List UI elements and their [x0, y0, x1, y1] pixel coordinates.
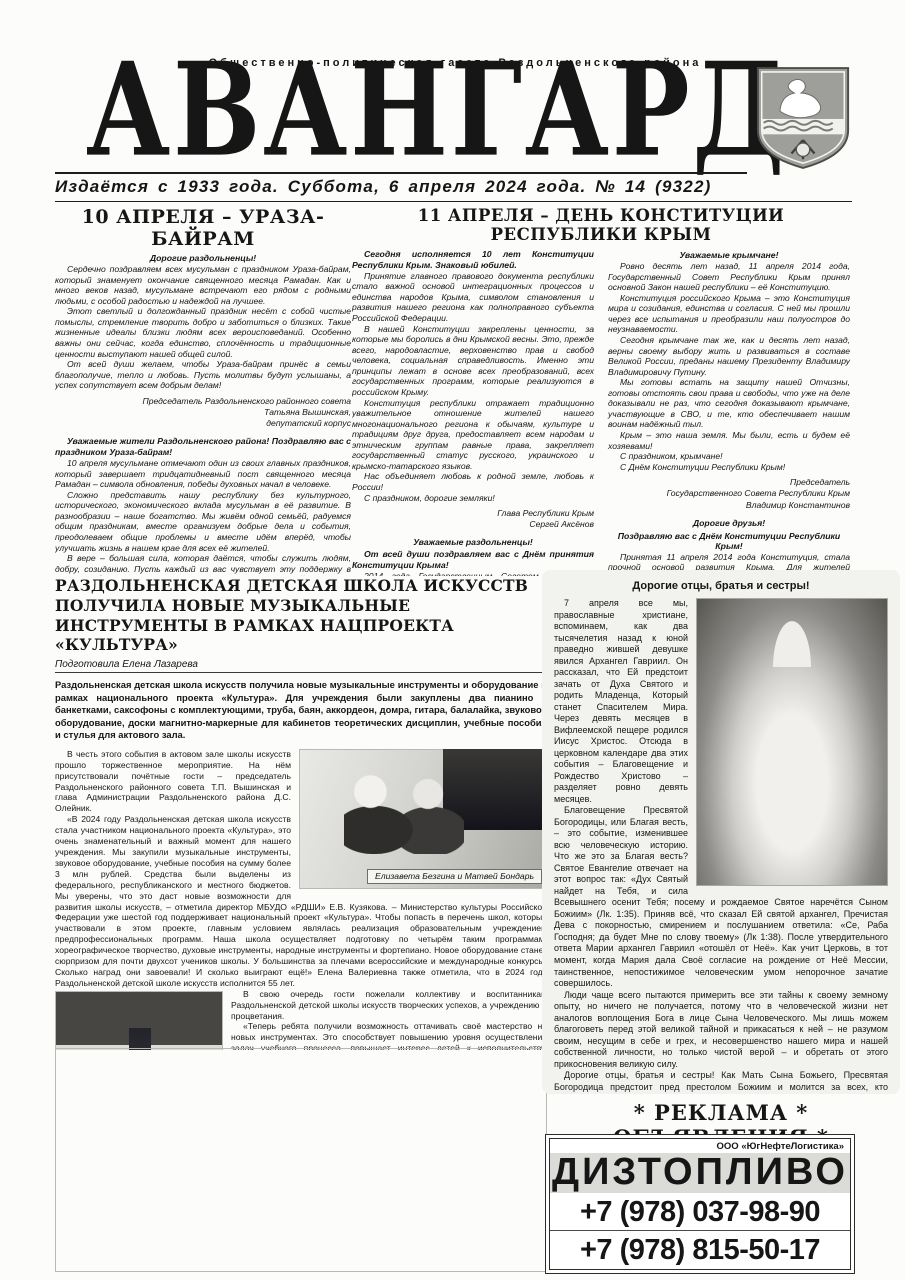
paragraph: Государственного Совета Республики Крым	[608, 488, 850, 499]
newspaper-page: Общественно-политическая газета Раздольн…	[0, 0, 905, 1280]
paragraph: Дорогие раздольненцы!	[55, 253, 351, 263]
paragraph: От всей души желаем, чтобы Ураза-байрам …	[55, 359, 351, 391]
paragraph: Этот светлый и долгожданный праздник нес…	[55, 306, 351, 359]
paragraph: С Днём Конституции Республики Крым!	[608, 462, 850, 473]
art-school-article: РАЗДОЛЬНЕНСКАЯ ДЕТСКАЯ ШКОЛА ИСКУССТВ ПО…	[55, 576, 547, 1050]
body-block: Ровно десять лет назад, 11 апреля 2014 г…	[608, 261, 850, 472]
signature-block: ПредседательГосударственного Совета Респ…	[608, 477, 850, 511]
paragraph: С праздником, крымчане!	[608, 451, 850, 462]
paragraph: Уважаемые раздольненцы!	[352, 537, 594, 547]
paragraph: Сердечно поздравляем всех мусульман с пр…	[55, 264, 351, 306]
paragraph: 10 апреля мусульмане отмечают один из св…	[55, 458, 351, 490]
paragraph: Люди чаще всего пытаются примерить все э…	[554, 990, 888, 1071]
article-headline: РАЗДОЛЬНЕНСКАЯ ДЕТСКАЯ ШКОЛА ИСКУССТВ ПО…	[55, 576, 547, 655]
paragraph: Сложно представить нашу республику без к…	[55, 490, 351, 553]
diesel-ad-inner: ООО «ЮгНефтеЛогистика» ДИЗТОПЛИВО +7 (97…	[549, 1138, 851, 1270]
message-lead: От всей души поздравляем вас с Днём прин…	[352, 549, 594, 571]
message-lead: Сегодня исполняется 10 лет Конституции Р…	[352, 249, 594, 271]
photo-guitar-duo: Елизавета Безгина и Матвей Бондарь	[299, 749, 547, 889]
paragraph: Председатель	[608, 477, 850, 488]
greeting-block: Уважаемые раздольненцы!	[352, 537, 594, 547]
church-message-box: Дорогие отцы, братья и сестры! 7 апреля …	[542, 570, 900, 1094]
paragraph: Дорогие друзья!	[608, 518, 850, 528]
article-lead: Раздольненская детская школа искусств по…	[55, 679, 547, 742]
constitution-day-article: 11 АПРЕЛЯ – ДЕНЬ КОНСТИТУЦИИ РЕСПУБЛИКИ …	[352, 206, 850, 576]
constitution-article-title: 11 АПРЕЛЯ – ДЕНЬ КОНСТИТУЦИИ РЕСПУБЛИКИ …	[352, 206, 850, 244]
uraza-message-council: Дорогие раздольненцы! Сердечно поздравля…	[55, 253, 351, 429]
message-district-administration: Дорогие друзья!Поздравляю вас с Днём Кон…	[608, 518, 850, 576]
paragraph: Принятие главного правового документа ре…	[352, 271, 594, 324]
photo-bishop	[696, 598, 888, 886]
paragraph: Татьяна Вышинская,	[55, 407, 351, 418]
photo-trumpet-boy: Артём Мисняев	[55, 991, 223, 1050]
message-lead: Уважаемые жители Раздольненского района!…	[55, 436, 351, 458]
paragraph: Ровно десять лет назад, 11 апреля 2014 г…	[608, 261, 850, 293]
greeting-block: Дорогие друзья!Поздравляю вас с Днём Кон…	[608, 518, 850, 551]
constitution-column-left: Сегодня исполняется 10 лет Конституции Р…	[352, 247, 594, 576]
paragraph: С праздником, дорогие земляки!	[352, 493, 594, 504]
paragraph: Конституция республики отражает традицио…	[352, 398, 594, 472]
paragraph: В нашей Конституции закреплены ценности,…	[352, 324, 594, 398]
message-state-council: Уважаемые крымчане! Ровно десять лет наз…	[608, 250, 850, 511]
paragraph: В вере – большая сила, которая даётся, ч…	[55, 553, 351, 576]
paragraph: Сегодня крымчане так же, как и десять ле…	[608, 335, 850, 377]
paragraph: Глава Республики Крым	[352, 508, 594, 519]
headline-rule	[55, 672, 547, 673]
photo-group-ceremony	[55, 1048, 547, 1272]
article-body: Елизавета Безгина и Матвей Бондарь В чес…	[55, 749, 547, 1050]
paragraph: Мы готовы встать на защиту нашей Отчизны…	[608, 377, 850, 430]
signature-block: Председатель Раздольненского районного с…	[55, 396, 351, 430]
paragraph: Уважаемые крымчане!	[608, 250, 850, 260]
uraza-bayram-article: 10 АПРЕЛЯ – УРАЗА-БАЙРАМ Дорогие раздоль…	[55, 206, 351, 576]
article-byline: Подготовила Елена Лазарева	[55, 659, 547, 670]
ad-phone-number: +7 (978) 037-98-90	[550, 1193, 850, 1231]
paragraph: Нас объединяет любовь к родной земле, лю…	[352, 471, 594, 492]
paragraph: Конституция российского Крыма – это Конс…	[608, 293, 850, 335]
body-block: Принятие главного правового документа ре…	[352, 271, 594, 503]
greeting-block: Дорогие раздольненцы!	[55, 253, 351, 263]
church-message-title: Дорогие отцы, братья и сестры!	[554, 580, 888, 592]
body-block: Сердечно поздравляем всех мусульман с пр…	[55, 264, 351, 391]
edition-line: Издаётся с 1933 года. Суббота, 6 апреля …	[55, 177, 795, 197]
message-head-of-crimea: Сегодня исполняется 10 лет Конституции Р…	[352, 249, 594, 530]
masthead-title: АВАНГАРД	[86, 46, 787, 175]
ad-phone-number: +7 (978) 815-50-17	[550, 1230, 850, 1269]
constitution-column-right: Уважаемые крымчане! Ровно десять лет наз…	[608, 247, 850, 576]
photo-caption: Елизавета Безгина и Матвей Бондарь	[367, 869, 542, 884]
uraza-article-title: 10 АПРЕЛЯ – УРАЗА-БАЙРАМ	[55, 206, 351, 250]
paragraph: Сергей Аксёнов	[352, 519, 594, 530]
ad-product-name: ДИЗТОПЛИВО	[550, 1153, 850, 1193]
paragraph: Дорогие отцы, братья и сестры! Как Мать …	[554, 1070, 888, 1094]
body-block: 10 апреля мусульмане отмечают один из св…	[55, 458, 351, 576]
paragraph: депутатский корпус	[55, 418, 351, 429]
district-crest-icon	[755, 64, 851, 172]
header-rule-top	[55, 172, 747, 174]
diesel-ad-box: ООО «ЮгНефтеЛогистика» ДИЗТОПЛИВО +7 (97…	[545, 1134, 855, 1274]
paragraph: Крым – это наша земля. Мы были, есть и б…	[608, 430, 850, 451]
paragraph: Председатель Раздольненского районного с…	[55, 396, 351, 407]
signature-block: Глава Республики КрымСергей Аксёнов	[352, 508, 594, 530]
paragraph: Поздравляю вас с Днём Конституции Респуб…	[608, 531, 850, 551]
greeting-block: Уважаемые крымчане!	[608, 250, 850, 260]
uraza-message-administration: Уважаемые жители Раздольненского района!…	[55, 436, 351, 576]
header-rule-bottom	[55, 201, 852, 202]
paragraph: Владимир Константинов	[608, 500, 850, 511]
